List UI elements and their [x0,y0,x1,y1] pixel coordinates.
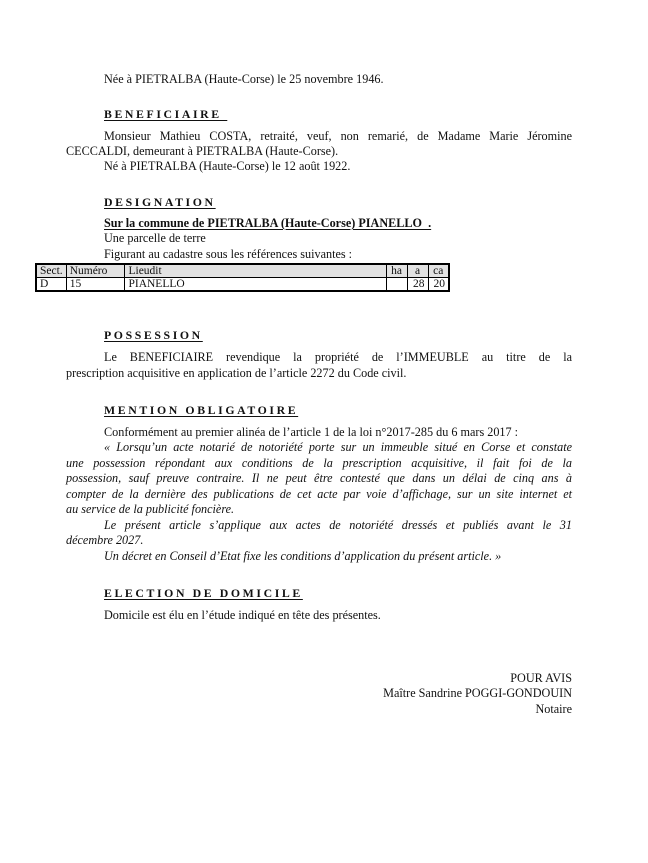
para2-line-2: décembre 2027. [66,533,143,548]
election-text: Domicile est élu en l’étude indiqué en t… [104,608,381,623]
header-ca: ca [428,264,449,278]
section-heading-possession: POSSESSION [104,328,203,343]
parcel-description: Une parcelle de terre [104,231,206,246]
cadastre-table: Sect. Numéro Lieudit ha a ca D 15 PIANEL… [35,263,450,292]
document-page: Née à PIETRALBA (Haute-Corse) le 25 nove… [0,0,648,863]
mention-intro: Conformément au premier alinéa de l’arti… [104,425,518,440]
cell-lieudit: PIANELLO [125,278,386,292]
beneficiaire-line-1: Monsieur Mathieu COSTA, retraité, veuf, … [104,129,572,144]
header-sect: Sect. [36,264,66,278]
header-numero: Numéro [66,264,125,278]
signature-title: Notaire [535,702,572,717]
quote-line-3: possession, sauf preuve contraire. Il ne… [66,471,572,486]
para3-line: Un décret en Conseil d’Etat fixe les con… [104,549,501,564]
header-ha: ha [386,264,407,278]
section-heading-election: ELECTION DE DOMICILE [104,586,303,601]
quote-line-4: compter de la dernière des publications … [66,487,572,502]
section-heading-designation: DESIGNATION [104,195,216,210]
header-a: a [407,264,428,278]
signature-name: Maître Sandrine POGGI-GONDOUIN [383,686,572,701]
section-heading-beneficiaire: BENEFICIAIRE [104,107,227,122]
cadastre-intro: Figurant au cadastre sous les références… [104,247,352,262]
signature-pour-avis: POUR AVIS [510,671,572,686]
cell-sect: D [36,278,66,292]
quote-line-5: au service de la publicité foncière. [66,502,234,517]
section-heading-mention: MENTION OBLIGATOIRE [104,403,298,418]
beneficiaire-line-3: Né à PIETRALBA (Haute-Corse) le 12 août … [104,159,350,174]
beneficiaire-line-2: CECCALDI, demeurant à PIETRALBA (Haute-C… [66,144,338,159]
cell-ha [386,278,407,292]
commune-title: Sur la commune de PIETRALBA (Haute-Corse… [104,216,431,231]
possession-line-2: prescription acquisitive en application … [66,366,406,381]
quote-line-2: une possession répondant aux conditions … [66,456,572,471]
para2-line-1: Le présent article s’applique aux actes … [104,518,572,533]
quote-line-1: « Lorsqu’un acte notarié de notoriété po… [104,440,572,455]
header-lieudit: Lieudit [125,264,386,278]
cell-a: 28 [407,278,428,292]
cell-ca: 20 [428,278,449,292]
table-row: D 15 PIANELLO 28 20 [36,278,449,292]
possession-line-1: Le BENEFICIAIRE revendique la propriété … [104,350,572,365]
cadastre-header-row: Sect. Numéro Lieudit ha a ca [36,264,449,278]
birth-line: Née à PIETRALBA (Haute-Corse) le 25 nove… [104,72,384,87]
cell-numero: 15 [66,278,125,292]
